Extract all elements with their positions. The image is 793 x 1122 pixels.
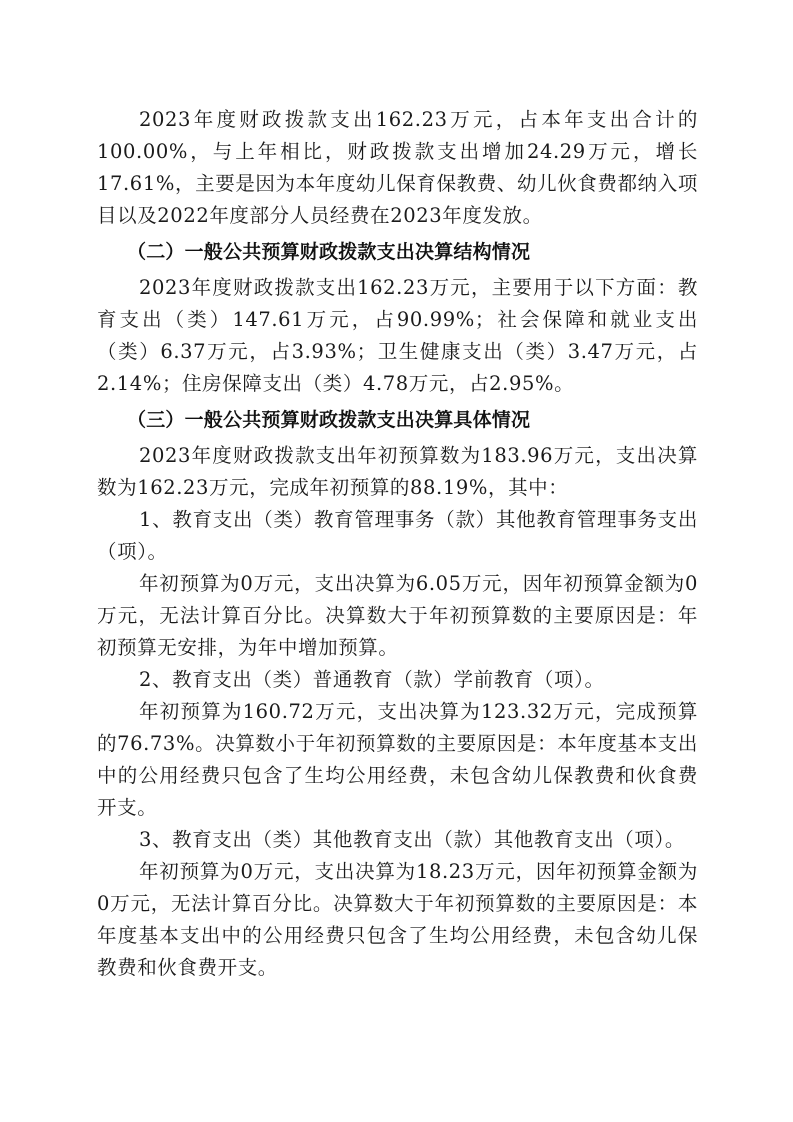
item-3-title: 3、教育支出（类）其他教育支出（款）其他教育支出（项）。 — [97, 824, 698, 856]
item-1-description: 年初预算为0万元，支出决算为6.05万元，因年初预算金额为0万元，无法计算百分比… — [97, 568, 698, 664]
item-2-description: 年初预算为160.72万元，支出决算为123.32万元，完成预算的76.73%。… — [97, 696, 698, 824]
paragraph-expenditure-overview: 2023年度财政拨款支出162.23万元，占本年支出合计的100.00%，与上年… — [97, 104, 698, 232]
section-heading-specifics: （三）一般公共预算财政拨款支出决算具体情况 — [97, 404, 698, 436]
item-3-description: 年初预算为0万元，支出决算为18.23万元，因年初预算金额为0万元，无法计算百分… — [97, 856, 698, 984]
document-page: 2023年度财政拨款支出162.23万元，占本年支出合计的100.00%，与上年… — [97, 104, 698, 984]
paragraph-budget-completion: 2023年度财政拨款支出年初预算数为183.96万元，支出决算数为162.23万… — [97, 440, 698, 504]
section-heading-structure: （二）一般公共预算财政拨款支出决算结构情况 — [97, 236, 698, 268]
item-1-title: 1、教育支出（类）教育管理事务（款）其他教育管理事务支出（项）。 — [97, 504, 698, 568]
paragraph-structure-details: 2023年度财政拨款支出162.23万元，主要用于以下方面：教育支出（类）147… — [97, 272, 698, 400]
item-2-title: 2、教育支出（类）普通教育（款）学前教育（项）。 — [97, 664, 698, 696]
